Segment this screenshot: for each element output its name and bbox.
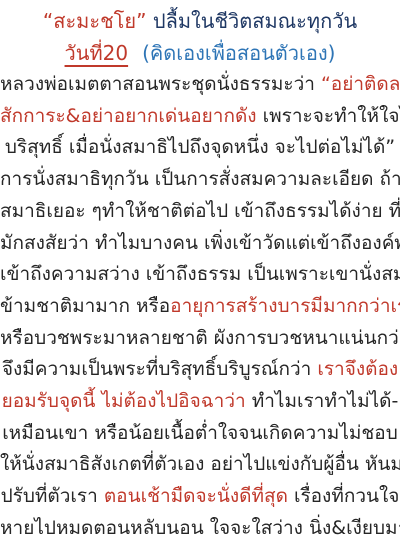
body-line: ข้ามชาติมามาก หรืออายุการสร้างบารมีมากกว… (0, 291, 400, 323)
text-segment: บริสุทธิ์ เมื่อนั่งสมาธิไปถึงจุดหนึ่ง จะ… (5, 136, 395, 158)
text-segment: เรื่องที่กวนใจ (288, 485, 400, 507)
text-segment: ให้นั่งสมาธิสังเกตที่ตัวเอง อย่าไปแข่งกั… (0, 453, 400, 475)
text-segment: ข้ามชาติมามาก หรือ (0, 295, 170, 317)
body-line: หรือบวชพระมาหลายชาติ ผังการบวชหนาแน่นกว่… (0, 323, 400, 355)
text-segment: ทำไมเราทำไม่ได้- (246, 390, 399, 412)
text-segment: ตอนเช้ามืดจะนั่งดีที่สุด (104, 485, 288, 507)
text-segment: หายไปหมดตอนหลับนอน ใจจะใสว่าง นิ่ง&เงียบ… (0, 517, 400, 539)
body-line: สมาธิเยอะ ๆทำให้ชาติต่อไป เข้าถึงธรรมได้… (0, 196, 400, 228)
body-line: ให้นั่งสมาธิสังเกตที่ตัวเอง อย่าไปแข่งกั… (0, 449, 400, 481)
text-segment: เข้าถึงความสว่าง เข้าถึงธรรม เป็นเพราะเข… (0, 263, 400, 285)
text-segment: การนั่งสมาธิทุกวัน เป็นการสั่งสมความละเอ… (0, 168, 400, 190)
body-line: ยอมรับจุดนี้ ไม่ต้องไปอิจฉาว่า ทำไมเราทำ… (0, 386, 400, 418)
body-line: สักการะ&อย่าอยากเด่นอยากดัง เพราะจะทำให้… (0, 101, 400, 133)
body-line: เข้าถึงความสว่าง เข้าถึงธรรม เป็นเพราะเข… (0, 259, 400, 291)
body-line: ปรับที่ตัวเรา ตอนเช้ามืดจะนั่งดีที่สุด เ… (0, 481, 400, 513)
text-segment: หลวงพ่อเมตตาสอนพระชุดนั่งธรรมะว่า (0, 73, 321, 95)
text-segment: มักสงสัยว่า ทำไมบางคน เพิ่งเข้าวัดแต่เข้… (0, 232, 400, 254)
body-line: หายไปหมดตอนหลับนอน ใจจะใสว่าง นิ่ง&เงียบ… (0, 513, 400, 545)
text-segment: ยอมรับจุดนี้ ไม่ต้องไปอิจฉาว่า (2, 390, 246, 412)
body-line: มักสงสัยว่า ทำไมบางคน เพิ่งเข้าวัดแต่เข้… (0, 228, 400, 260)
document-body: หลวงพ่อเมตตาสอนพระชุดนั่งธรรมะว่า “อย่าต… (0, 69, 400, 545)
title-line-2: วันที่20(คิดเองเพื่อสอนตัวเอง) (0, 37, 400, 69)
body-line: บริสุทธิ์ เมื่อนั่งสมาธิไปถึงจุดหนึ่ง จะ… (0, 132, 400, 164)
text-segment: อายุการสร้างบารมีมากกว่าเรา (170, 295, 400, 317)
text-segment: (คิดเองเพื่อสอนตัวเอง) (142, 41, 335, 65)
text-segment: เพราะจะทำให้ใจไม่- (257, 105, 400, 127)
text-segment: เหมือนเขา หรือน้อยเนื้อต่ำใจจนเกิดความไม… (2, 422, 398, 444)
body-line: จึงมีความเป็นพระที่บริสุทธิ์บริบูรณ์กว่า… (0, 354, 400, 386)
body-line: หลวงพ่อเมตตาสอนพระชุดนั่งธรรมะว่า “อย่าต… (0, 69, 400, 101)
document-page: “สะมะชโย” ปลื้มในชีวิตสมณะทุกวันวันที่20… (0, 0, 400, 547)
text-segment: สักการะ&อย่าอยากเด่นอยากดัง (0, 105, 257, 127)
document-title: “สะมะชโย” ปลื้มในชีวิตสมณะทุกวันวันที่20… (0, 5, 400, 69)
text-segment: “สะมะชโย” (43, 9, 147, 33)
text-segment: “อย่าติดลาภ- (321, 73, 400, 95)
body-line: การนั่งสมาธิทุกวัน เป็นการสั่งสมความละเอ… (0, 164, 400, 196)
text-segment: เราจึงต้อง (317, 358, 398, 380)
text-segment: สมาธิเยอะ ๆทำให้ชาติต่อไป เข้าถึงธรรมได้… (0, 200, 400, 222)
text-segment: วันที่20 (65, 41, 129, 65)
text-segment: ปลื้มในชีวิตสมณะทุกวัน (147, 9, 358, 33)
body-line: เหมือนเขา หรือน้อยเนื้อต่ำใจจนเกิดความไม… (0, 418, 400, 450)
title-line-1: “สะมะชโย” ปลื้มในชีวิตสมณะทุกวัน (0, 5, 400, 37)
text-segment: จึงมีความเป็นพระที่บริสุทธิ์บริบูรณ์กว่า (2, 358, 318, 380)
text-segment: ปรับที่ตัวเรา (1, 485, 104, 507)
text-segment: หรือบวชพระมาหลายชาติ ผังการบวชหนาแน่นกว่… (0, 327, 400, 349)
